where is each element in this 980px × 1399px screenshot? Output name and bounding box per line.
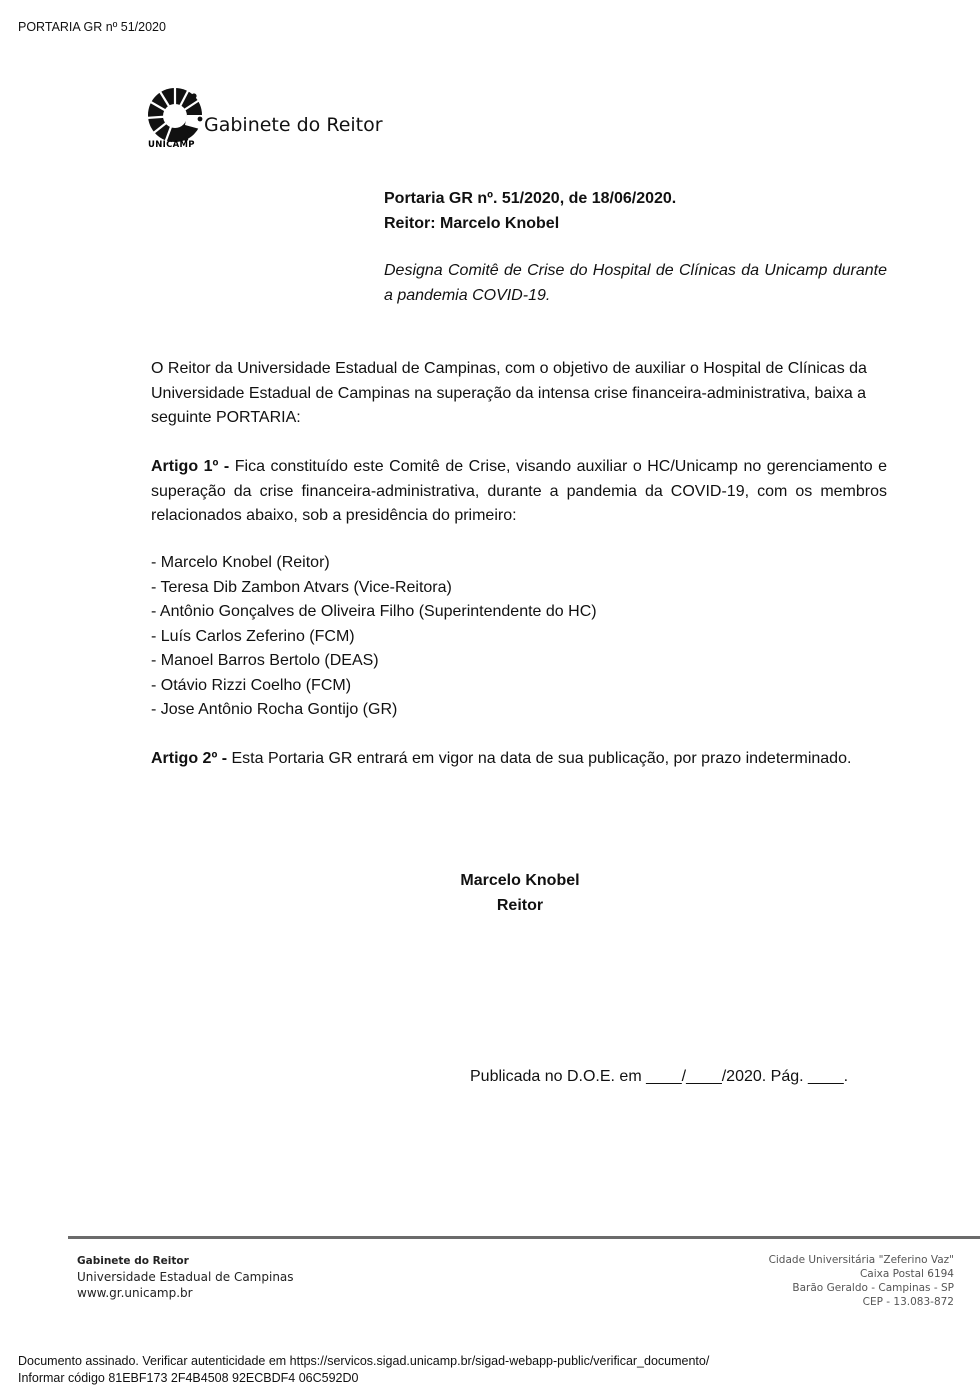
footer-university: Universidade Estadual de Campinas [77, 1269, 294, 1285]
signatory-role: Reitor [400, 894, 640, 919]
portaria-number: Portaria GR nº. 51/2020, de 18/06/2020. [384, 187, 887, 212]
signatory-name: Marcelo Knobel [400, 869, 640, 894]
verification-code-line: Informar código 81EBF173 2F4B4508 92ECBD… [18, 1370, 709, 1387]
list-item: - Manoel Barros Bertolo (DEAS) [151, 649, 887, 674]
preamble: O Reitor da Universidade Estadual de Cam… [151, 357, 887, 431]
article-1: Artigo 1º - Fica constituído este Comitê… [151, 455, 887, 529]
list-item: - Otávio Rizzi Coelho (FCM) [151, 674, 887, 699]
list-item: - Antônio Gonçalves de Oliveira Filho (S… [151, 600, 887, 625]
address-line: CEP - 13.083-872 [769, 1295, 954, 1309]
address-line: Caixa Postal 6194 [769, 1267, 954, 1281]
footer-address: Cidade Universitária "Zeferino Vaz" Caix… [769, 1253, 954, 1309]
verification-url-line[interactable]: Documento assinado. Verificar autenticid… [18, 1353, 709, 1370]
signature-block: Marcelo Knobel Reitor [400, 869, 640, 918]
article-1-text: Fica constituído este Comitê de Crise, v… [151, 458, 887, 524]
document-reference: PORTARIA GR nº 51/2020 [18, 20, 166, 34]
reitor-line: Reitor: Marcelo Knobel [384, 212, 887, 237]
list-item: - Jose Antônio Rocha Gontijo (GR) [151, 698, 887, 723]
article-1-label: Artigo 1º - [151, 458, 229, 475]
address-line: Barão Geraldo - Campinas - SP [769, 1281, 954, 1295]
footer-website[interactable]: www.gr.unicamp.br [77, 1285, 294, 1301]
article-2: Artigo 2º - Esta Portaria GR entrará em … [151, 747, 887, 772]
footer-left: Gabinete do Reitor Universidade Estadual… [77, 1253, 294, 1301]
list-item: - Marcelo Knobel (Reitor) [151, 551, 887, 576]
list-item: - Teresa Dib Zambon Atvars (Vice-Reitora… [151, 576, 887, 601]
committee-members-list: - Marcelo Knobel (Reitor) - Teresa Dib Z… [151, 551, 887, 723]
publication-line: Publicada no D.O.E. em ____/____/2020. P… [470, 1065, 890, 1090]
logo-wordmark: UNICAMP [148, 140, 195, 150]
portaria-heading: Portaria GR nº. 51/2020, de 18/06/2020. … [384, 187, 887, 236]
article-2-text: Esta Portaria GR entrará em vigor na dat… [227, 750, 851, 767]
footer-divider [68, 1236, 980, 1239]
list-item: - Luís Carlos Zeferino (FCM) [151, 625, 887, 650]
address-line: Cidade Universitária "Zeferino Vaz" [769, 1253, 954, 1267]
article-2-label: Artigo 2º - [151, 750, 227, 767]
footer-office: Gabinete do Reitor [77, 1253, 294, 1269]
ementa: Designa Comitê de Crise do Hospital de C… [384, 259, 887, 308]
office-title: Gabinete do Reitor [204, 114, 383, 136]
digital-signature-note: Documento assinado. Verificar autenticid… [18, 1353, 709, 1387]
